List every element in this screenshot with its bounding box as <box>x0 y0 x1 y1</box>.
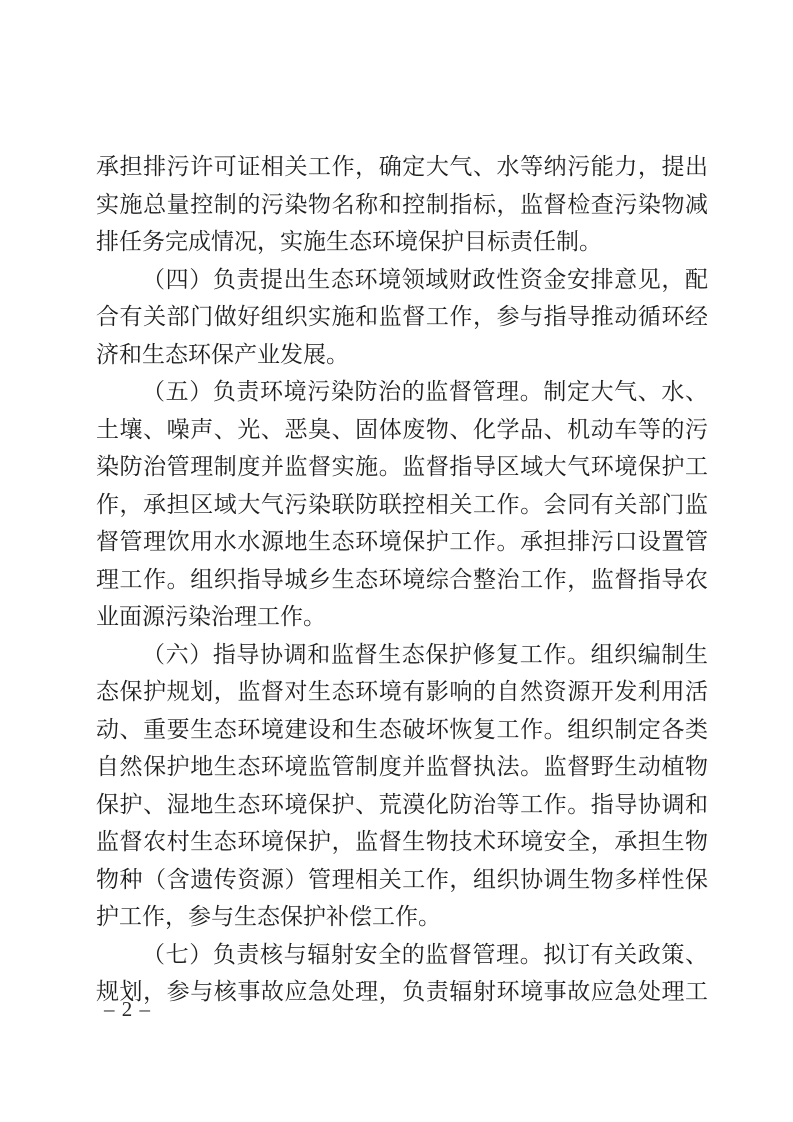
text-line: 护工作，参与生态保护补偿工作。 <box>96 898 708 936</box>
document-page: 承担排污许可证相关工作，确定大气、水等纳污能力，提出 实施总量控制的污染物名称和… <box>0 0 793 1122</box>
paragraph-item-6: （六）指导协调和监督生态保护修复工作。组织编制生 态保护规划，监督对生态环境有影… <box>96 636 708 936</box>
text-line: 保护、湿地生态环境保护、荒漠化防治等工作。指导协调和 <box>96 786 708 824</box>
text-line: 合有关部门做好组织实施和监督工作，参与指导推动循环经 <box>96 298 708 336</box>
text-line: 染防治管理制度并监督实施。监督指导区域大气环境保护工 <box>96 448 708 486</box>
text-line: 承担排污许可证相关工作，确定大气、水等纳污能力，提出 <box>96 148 708 186</box>
text-line: 理工作。组织指导城乡生态环境综合整治工作，监督指导农 <box>96 561 708 599</box>
text-line: 业面源污染治理工作。 <box>96 598 708 636</box>
text-line: 督管理饮用水水源地生态环境保护工作。承担排污口设置管 <box>96 523 708 561</box>
text-line: 实施总量控制的污染物名称和控制指标，监督检查污染物减 <box>96 186 708 224</box>
page-number: – 2 – <box>104 997 151 1022</box>
paragraph-item-4: （四）负责提出生态环境领域财政性资金安排意见，配 合有关部门做好组织实施和监督工… <box>96 261 708 374</box>
text-line: （五）负责环境污染防治的监督管理。制定大气、水、 <box>96 373 708 411</box>
text-line: 物种（含遗传资源）管理相关工作，组织协调生物多样性保 <box>96 861 708 899</box>
paragraph-continuation: 承担排污许可证相关工作，确定大气、水等纳污能力，提出 实施总量控制的污染物名称和… <box>96 148 708 261</box>
text-line: 土壤、噪声、光、恶臭、固体废物、化学品、机动车等的污 <box>96 411 708 449</box>
text-line: 作，承担区域大气污染联防联控相关工作。会同有关部门监 <box>96 486 708 524</box>
text-line: 排任务完成情况，实施生态环境保护目标责任制。 <box>96 223 708 261</box>
paragraph-item-7: （七）负责核与辐射安全的监督管理。拟订有关政策、 规划，参与核事故应急处理，负责… <box>96 936 708 1011</box>
text-line: 态保护规划，监督对生态环境有影响的自然资源开发利用活 <box>96 673 708 711</box>
text-line: 规划，参与核事故应急处理，负责辐射环境事故应急处理工 <box>96 973 708 1011</box>
text-line: 济和生态环保产业发展。 <box>96 336 708 374</box>
text-line: 自然保护地生态环境监管制度并监督执法。监督野生动植物 <box>96 748 708 786</box>
text-line: 监督农村生态环境保护，监督生物技术环境安全，承担生物 <box>96 823 708 861</box>
paragraph-item-5: （五）负责环境污染防治的监督管理。制定大气、水、 土壤、噪声、光、恶臭、固体废物… <box>96 373 708 636</box>
text-line: （四）负责提出生态环境领域财政性资金安排意见，配 <box>96 261 708 299</box>
text-line: 动、重要生态环境建设和生态破坏恢复工作。组织制定各类 <box>96 711 708 749</box>
document-body: 承担排污许可证相关工作，确定大气、水等纳污能力，提出 实施总量控制的污染物名称和… <box>96 148 708 1011</box>
text-line: （七）负责核与辐射安全的监督管理。拟订有关政策、 <box>96 936 708 974</box>
text-line: （六）指导协调和监督生态保护修复工作。组织编制生 <box>96 636 708 674</box>
